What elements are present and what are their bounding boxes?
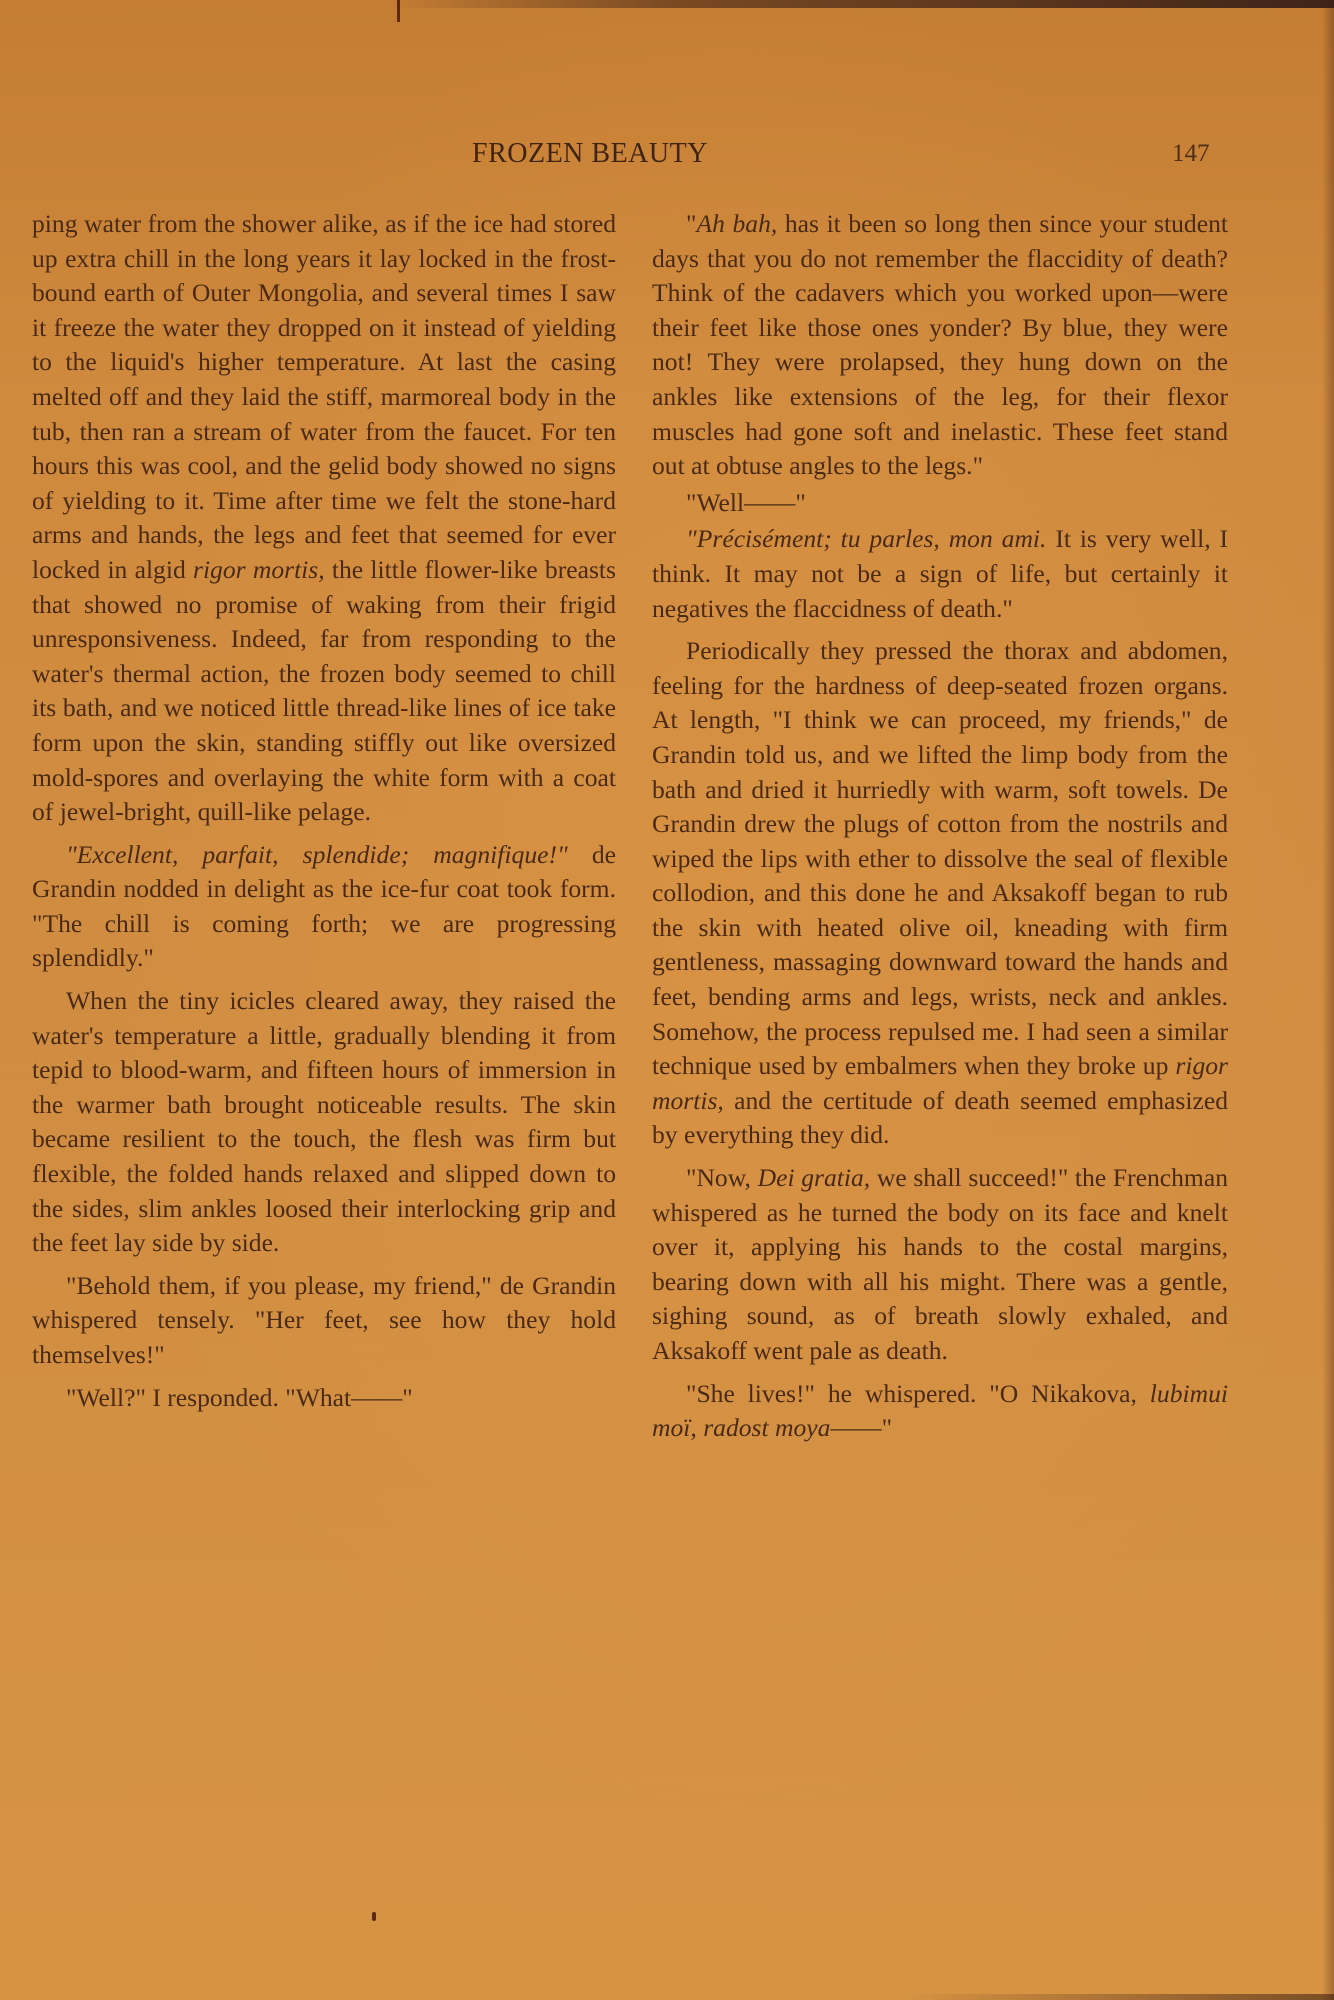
italic-phrase: Dei gratia, (758, 1163, 871, 1192)
paragraph: Periodically they pressed the thorax and… (652, 634, 1228, 1153)
paragraph: "Well——" (652, 486, 1228, 521)
paragraph-text: the little flower-like breasts that show… (32, 555, 616, 826)
paragraph-text: "Well?" I responded. "What——" (66, 1383, 413, 1412)
paragraph-text: and the certitude of death seemed emphas… (652, 1086, 1228, 1150)
paragraph-text: "Behold them, if you please, my friend,"… (32, 1271, 616, 1369)
paragraph: "Excellent, parfait, splendide; magnifiq… (32, 838, 616, 976)
paragraph: "Behold them, if you please, my friend,"… (32, 1269, 616, 1373)
paragraph-text: When the tiny icicles cleared away, they… (32, 986, 616, 1257)
paragraph-text: ping water from the shower alike, as if … (32, 209, 616, 584)
running-head: FROZEN BEAUTY 147 (0, 138, 1334, 178)
italic-phrase: rigor mortis, (193, 555, 325, 584)
paper-speck (372, 1912, 376, 1921)
paragraph-text: "Well——" (686, 488, 806, 517)
paragraph-text: we shall succeed!" the Frenchman whisper… (652, 1163, 1228, 1365)
page-tear-mark (397, 0, 400, 22)
paragraph-text: has it been so long then since your stud… (652, 209, 1228, 480)
paragraph-text: Periodically they pressed the thorax and… (652, 636, 1228, 1080)
paragraph: "She lives!" he whispered. "O Nikakova, … (652, 1377, 1228, 1446)
italic-phrase: "Précisément; tu parles, mon ami. (686, 524, 1046, 553)
paragraph-text: ——" (830, 1413, 892, 1442)
paragraph: "Now, Dei gratia, we shall succeed!" the… (652, 1161, 1228, 1369)
quote-mark: " (686, 209, 696, 238)
paragraph-text: "Now, (686, 1163, 758, 1192)
paragraph: "Ah bah, has it been so long then since … (652, 207, 1228, 484)
paragraph: When the tiny icicles cleared away, they… (32, 984, 616, 1261)
right-column: "Ah bah, has it been so long then since … (652, 207, 1228, 1454)
page-right-edge-shadow (1322, 0, 1334, 2000)
page-bottom-edge-shadow (900, 1994, 1334, 2000)
magazine-page: FROZEN BEAUTY 147 ping water from the sh… (0, 0, 1334, 2000)
paragraph: "Précisément; tu parles, mon ami. It is … (652, 522, 1228, 626)
italic-phrase: Ah bah, (696, 209, 777, 238)
page-number: 147 (1172, 140, 1210, 168)
paragraph: "Well?" I responded. "What——" (32, 1381, 616, 1416)
left-column: ping water from the shower alike, as if … (32, 207, 616, 1423)
paragraph-text: "She lives!" he whispered. "O Nikakova, (686, 1379, 1150, 1408)
page-top-edge-shadow (390, 0, 1334, 8)
paragraph: ping water from the shower alike, as if … (32, 207, 616, 830)
running-title: FROZEN BEAUTY (472, 138, 708, 170)
italic-phrase: "Excellent, parfait, splendide; magnifiq… (66, 840, 568, 869)
